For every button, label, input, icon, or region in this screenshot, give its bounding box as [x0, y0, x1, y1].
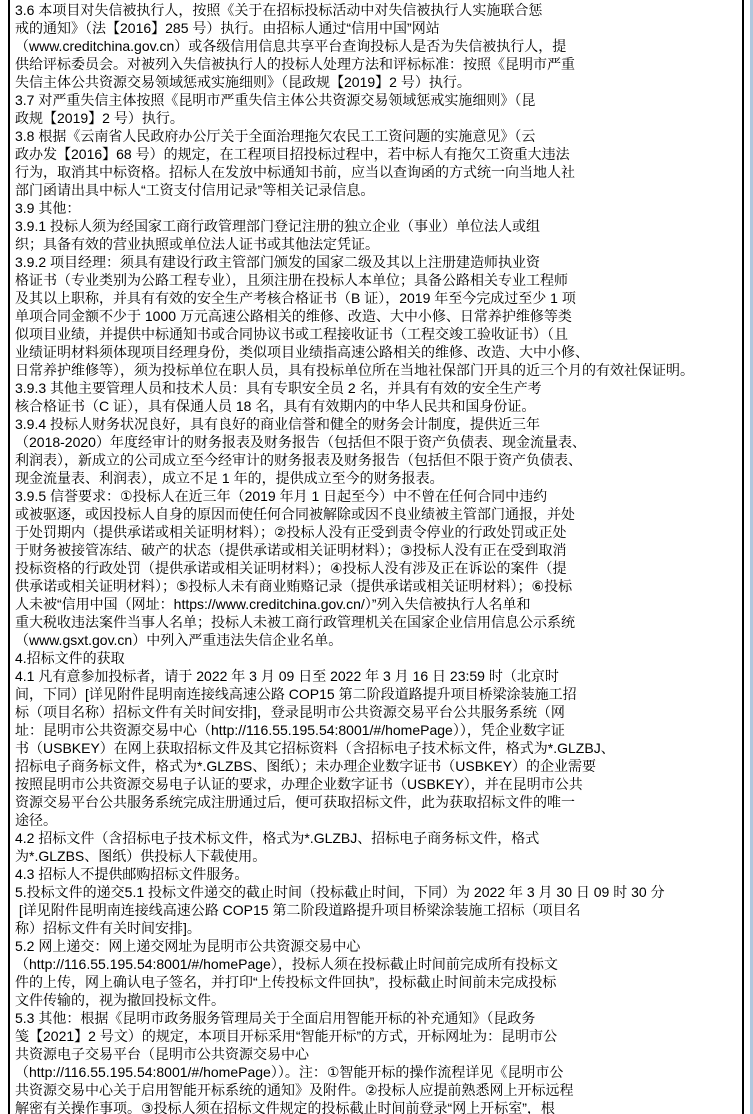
document-line: 3.9.3 其他主要管理人员和技术人员：具有专职安全员 2 名，并具有有效的安全… — [15, 379, 740, 397]
document-line: 件的上传，网上确认电子签名，并打印“上传投标文件回执”，投标截止时间前未完成投标 — [15, 973, 740, 991]
document-line: 日常养护维修等），须为投标单位在职人员，具有投标单位所在当地社保部门开具的近三个… — [15, 361, 740, 379]
document-line: 现金流量表、利润表），成立不足 1 年的，提供成立至今的财务报表。 — [15, 469, 740, 487]
document-line: 4.招标文件的获取 — [15, 649, 740, 667]
document-line: 重大税收违法案件当事人名单；投标人未被工商行政管理机关在国家企业信用信息公示系统 — [15, 613, 740, 631]
document-line: （www.creditchina.gov.cn）或各级信用信息共享平台查询投标人… — [15, 37, 740, 55]
document-line: 4.1 凡有意参加投标者，请于 2022 年 3 月 09 日至 2022 年 … — [15, 667, 740, 685]
document-line: 5.2 网上递交：网上递交网址为昆明市公共资源交易中心 — [15, 937, 740, 955]
document-line: 于处罚期内（提供承诺或相关证明材料）；②投标人没有正受到责令停业的行政处罚或正处 — [15, 523, 740, 541]
document-line: 5.3 其他：根据《昆明市政务服务管理局关于全面启用智能开标的补充通知》（昆政务 — [15, 1009, 740, 1027]
document-line: 共资源电子交易平台（昆明市公共资源交易中心 — [15, 1045, 740, 1063]
document-line: 3.9.2 项目经理：须具有建设行政主管部门颁发的国家二级及其以上注册建造师执业… — [15, 253, 740, 271]
document-line: 4.3 招标人不提供邮购招标文件服务。 — [15, 865, 740, 883]
document-line: 投标资格的行政处罚（提供承诺或相关证明材料）；④投标人没有涉及正在诉讼的案件（提 — [15, 559, 740, 577]
document-line: 3.8 根据《云南省人民政府办公厅关于全面治理拖欠农民工工资问题的实施意见》（云 — [15, 127, 740, 145]
document-line: 3.9.1 投标人须为经国家工商行政管理部门登记注册的独立企业（事业）单位法人或… — [15, 217, 740, 235]
document-line: 供承诺或相关证明材料）；⑤投标人未有商业贿赂记录（提供承诺或相关证明材料）；⑥投… — [15, 577, 740, 595]
document-line: 5.投标文件的递交5.1 投标文件递交的截止时间（投标截止时间，下同）为 202… — [15, 883, 740, 901]
document-line: 织；具备有效的营业执照或单位法人证书或其他法定凭证。 — [15, 235, 740, 253]
document-line: 单项合同金额不少于 1000 万元高速公路相关的维修、改造、大中小修、日常养护维… — [15, 307, 740, 325]
document-line: 文件传输的，视为撤回投标文件。 — [15, 991, 740, 1009]
document-line: 3.7 对严重失信主体按照《昆明市严重失信主体公共资源交易领域惩戒实施细则》（昆 — [15, 91, 740, 109]
document-line: 核合格证书（C 证），具有保通人员 18 名，具有有效期内的中华人民共和国身份证… — [15, 397, 740, 415]
document-line: 戒的通知》（法【2016】285 号）执行。由招标人通过“信用中国”网站 — [15, 19, 740, 37]
document-line: （www.gsxt.gov.cn）中列入严重违法失信企业名单。 — [15, 631, 740, 649]
document-line: 3.9 其他： — [15, 199, 740, 217]
document-line: 似项目业绩，并提供中标通知书或合同协议书或工程接收证书（工程交竣工验收证书）（且 — [15, 325, 740, 343]
document-viewport: 3.6 本项目对失信被执行人，按照《关于在招标投标活动中对失信被执行人实施联合惩… — [0, 0, 753, 1114]
document-line: 按照昆明市公共资源交易电子认证的要求，办理企业数字证书（USBKEY），并在昆明… — [15, 775, 740, 793]
document-line: 3.9.4 投标人财务状况良好，具有良好的商业信誉和健全的财务会计制度，提供近三… — [15, 415, 740, 433]
document-line: 政办发【2016】68 号）的规定，在工程项目招投标过程中，若中标人有拖欠工资重… — [15, 145, 740, 163]
document-line: 业绩证明材料须体现项目经理身份，类似项目业绩指高速公路相关的维修、改造、大中小修… — [15, 343, 740, 361]
document-line: 书（USBKEY）在网上获取招标文件及其它招标资料（含招标电子技术标文件，格式为… — [15, 739, 740, 757]
document-line: 部门函请出具中标人“工资支付信用记录”等相关记录信息。 — [15, 181, 740, 199]
document-line: 共资源交易中心关于启用智能开标系统的通知》及附件。②投标人应提前熟悉网上开标远程 — [15, 1081, 740, 1099]
document-line: 称）招标文件有关时间安排]。 — [15, 919, 740, 937]
document-line: （http://116.55.195.54:8001/#/homePage））。… — [15, 1063, 740, 1081]
document-line: 3.6 本项目对失信被执行人，按照《关于在招标投标活动中对失信被执行人实施联合惩 — [15, 1, 740, 19]
document-line: 或被驱逐，或因投标人自身的原因而使任何合同被解除或因不良业绩被主管部门通报，并处 — [15, 505, 740, 523]
document-line: 途径。 — [15, 811, 740, 829]
document-line: 4.2 招标文件（含招标电子技术标文件，格式为*.GLZBJ、招标电子商务标文件… — [15, 829, 740, 847]
document-line: 为*.GLZBS、图纸）供投标人下载使用。 — [15, 847, 740, 865]
document-line: 解密有关操作事项。③投标人须在招标文件规定的投标截止时间前登录“网上开标室”，根 — [15, 1099, 740, 1114]
document-line: 及其以上职称，并具有有效的安全生产考核合格证书（B 证），2019 年至今完成过… — [15, 289, 740, 307]
document-line: 政规【2019】2 号）执行。 — [15, 109, 740, 127]
document-line: 失信主体公共资源交易领域惩戒实施细则》（昆政规【2019】2 号）执行。 — [15, 73, 740, 91]
document-line: 招标电子商务标文件，格式为*.GLZBS、图纸）；未办理企业数字证书（USBKE… — [15, 757, 740, 775]
document-line: 标（项目名称）招标文件有关时间安排]，登录昆明市公共资源交易平台公共服务系统（网 — [15, 703, 740, 721]
document-page: 3.6 本项目对失信被执行人，按照《关于在招标投标活动中对失信被执行人实施联合惩… — [8, 0, 744, 1114]
document-line: 资源交易平台公共服务系统完成注册通过后，便可获取招标文件，此为获取招标文件的唯一 — [15, 793, 740, 811]
document-line: 于财务被接管冻结、破产的状态（提供承诺或相关证明材料）；③投标人没有正在受到取消 — [15, 541, 740, 559]
document-line: 人未被“信用中国（网址：https://www.creditchina.gov.… — [15, 595, 740, 613]
document-line: （http://116.55.195.54:8001/#/homePage），投… — [15, 955, 740, 973]
document-line: 供给评标委员会。对被列入失信被执行人的投标人处理方法和评标标准：按照《昆明市严重 — [15, 55, 740, 73]
document-line: 3.9.5 信誉要求：①投标人在近三年（2019 年月 1 日起至今）中不曾在任… — [15, 487, 740, 505]
document-line: 格证书（专业类别为公路工程专业），且须注册在投标人本单位；具备公路相关专业工程师 — [15, 271, 740, 289]
document-line: 行为，取消其中标资格。招标人在发放中标通知书前，应当以查询函的方式统一向当地人社 — [15, 163, 740, 181]
document-line: 笺【2021】2 号文）的规定，本项目开标采用“智能开标”的方式，开标网址为：昆… — [15, 1027, 740, 1045]
document-line: 利润表），新成立的公司成立至今经审计的财务报表及财务报告（包括但不限于资产负债表… — [15, 451, 740, 469]
document-line: 址：昆明市公共资源交易中心（http://116.55.195.54:8001/… — [15, 721, 740, 739]
document-line: [详见附件昆明南连接线高速公路 COP15 第二阶段道路提升项目桥梁涂装施工招标… — [15, 901, 740, 919]
document-line: 间，下同）[详见附件昆明南连接线高速公路 COP15 第二阶段道路提升项目桥梁涂… — [15, 685, 740, 703]
document-line: （2018-2020）年度经审计的财务报表及财务报告（包括但不限于资产负债表、现… — [15, 433, 740, 451]
document-text-area: 3.6 本项目对失信被执行人，按照《关于在招标投标活动中对失信被执行人实施联合惩… — [15, 1, 740, 1114]
